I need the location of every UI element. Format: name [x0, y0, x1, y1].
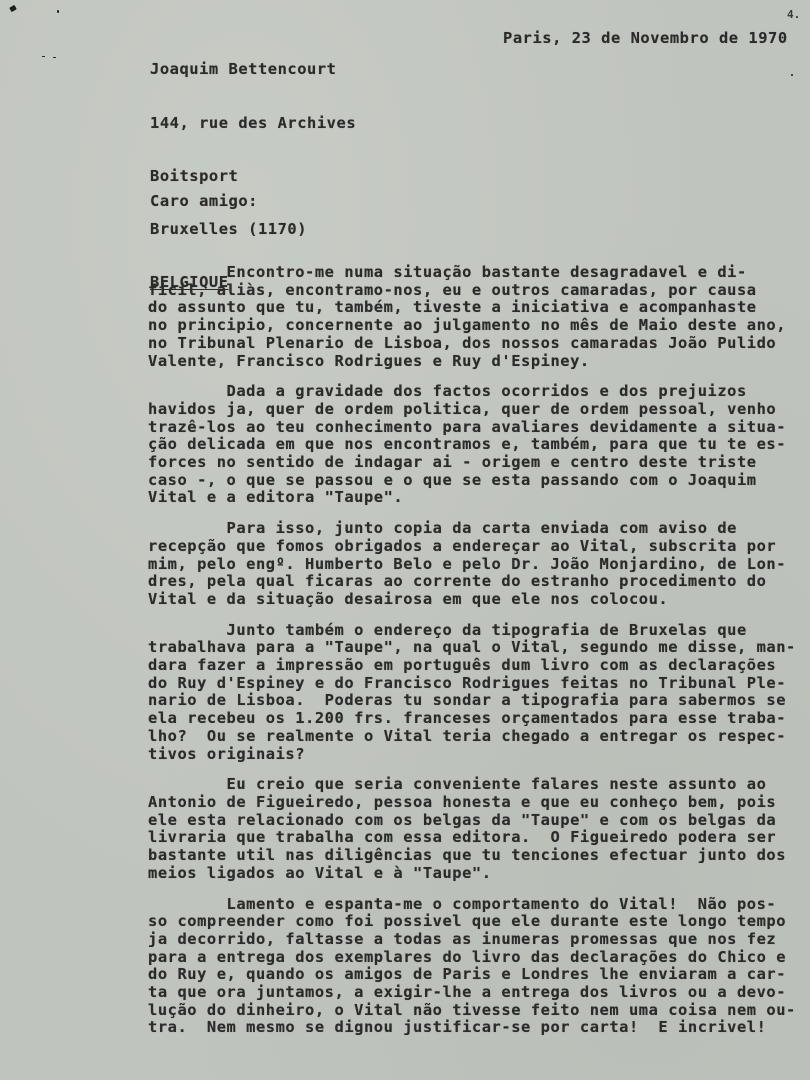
page-number: 4.	[787, 8, 800, 21]
address-line: Bruxelles (1170)	[150, 221, 356, 239]
text-line: Encontro-me numa situação bastante desag…	[148, 264, 796, 282]
text-line: ta que ora juntamos, a exigir-lhe a entr…	[148, 984, 796, 1002]
salutation: Caro amigo:	[150, 193, 258, 211]
text-line: do Ruy e, quando os amigos de Paris e Lo…	[148, 966, 796, 984]
letter-paragraph: Para isso, junto copia da carta enviada …	[148, 520, 796, 609]
text-line: tra. Nem mesmo se dignou justificar-se p…	[148, 1019, 796, 1037]
text-line: forces no sentido de indagar ai - origem…	[148, 454, 796, 472]
scanned-letter-page: 4. Joaquim Bettencourt 144, rue des Arch…	[0, 0, 810, 1080]
text-line: recepção que fomos obrigados a endereçar…	[148, 538, 796, 556]
text-line: havidos ja, quer de ordem politica, quer…	[148, 401, 796, 419]
text-line: ela recebeu os 1.200 frs. franceses orça…	[148, 710, 796, 728]
letter-paragraph: Lamento e espanta-me o comportamento do …	[148, 896, 796, 1038]
scan-mark	[42, 56, 45, 57]
text-line: Valente, Francisco Rodrigues e Ruy d'Esp…	[148, 353, 796, 371]
text-line: so compreender como foi possivel que ele…	[148, 913, 796, 931]
text-line: no Tribunal Plenario de Lisboa, dos noss…	[148, 335, 796, 353]
text-line: no principio, concernente ao julgamento …	[148, 317, 796, 335]
text-line: lho? Ou se realmente o Vital teria chega…	[148, 728, 796, 746]
scan-mark	[53, 57, 56, 58]
text-line: Eu creio que seria conveniente falares n…	[148, 776, 796, 794]
letter-body: Encontro-me numa situação bastante desag…	[148, 264, 796, 1050]
text-line: Vital e a editora "Taupe".	[148, 489, 796, 507]
text-line: para a entrega dos exemplares do livro d…	[148, 949, 796, 967]
date-line: Paris, 23 de Novembro de 1970	[503, 30, 788, 48]
address-line: 144, rue des Archives	[150, 115, 356, 133]
text-line: lução do dinheiro, o Vital não tivesse f…	[148, 1002, 796, 1020]
text-line: trabalhava para a "Taupe", na qual o Vit…	[148, 639, 796, 657]
text-line: Vital e da situação desairosa em que ele…	[148, 591, 796, 609]
letter-paragraph: Eu creio que seria conveniente falares n…	[148, 776, 796, 882]
text-line: mim, pelo engº. Humberto Belo e pelo Dr.…	[148, 556, 796, 574]
text-line: Dada a gravidade dos factos ocorridos e …	[148, 383, 796, 401]
letter-paragraph: Dada a gravidade dos factos ocorridos e …	[148, 383, 796, 507]
text-line: bastante util nas diligências que tu ten…	[148, 847, 796, 865]
text-line: Antonio de Figueiredo, pessoa honesta e …	[148, 794, 796, 812]
text-line: Junto também o endereço da tipografia de…	[148, 622, 796, 640]
text-line: Lamento e espanta-me o comportamento do …	[148, 896, 796, 914]
text-line: dara fazer a impressão em português dum …	[148, 657, 796, 675]
text-line: ficil, aliàs, encontramo-nos, eu e outro…	[148, 282, 796, 300]
text-line: ja decorrido, faltasse a todas as inumer…	[148, 931, 796, 949]
text-line: do Ruy d'Espiney e do Francisco Rodrigue…	[148, 675, 796, 693]
scan-mark	[9, 5, 17, 12]
text-line: trazê-los ao teu conhecimento para avali…	[148, 419, 796, 437]
letter-paragraph: Encontro-me numa situação bastante desag…	[148, 264, 796, 370]
address-line: Joaquim Bettencourt	[150, 61, 356, 79]
text-line: Para isso, junto copia da carta enviada …	[148, 520, 796, 538]
letter-paragraph: Junto também o endereço da tipografia de…	[148, 622, 796, 764]
text-line: tivos originais?	[148, 746, 796, 764]
text-line: ele esta relacionado com os belgas da "T…	[148, 812, 796, 830]
scan-mark	[791, 74, 793, 76]
scan-mark	[57, 10, 59, 13]
text-line: meios ligados ao Vital e à "Taupe".	[148, 865, 796, 883]
address-line: Boitsport	[150, 168, 356, 186]
text-line: dres, pela qual ficaras ao corrente do e…	[148, 573, 796, 591]
text-line: ção delicada em que nos encontramos e, t…	[148, 436, 796, 454]
text-line: caso -, o que se passou e o que se esta …	[148, 472, 796, 490]
text-line: livraria que trabalha com essa editora. …	[148, 829, 796, 847]
text-line: do assunto que tu, também, tiveste a ini…	[148, 299, 796, 317]
text-line: nario de Lisboa. Poderas tu sondar a tip…	[148, 692, 796, 710]
